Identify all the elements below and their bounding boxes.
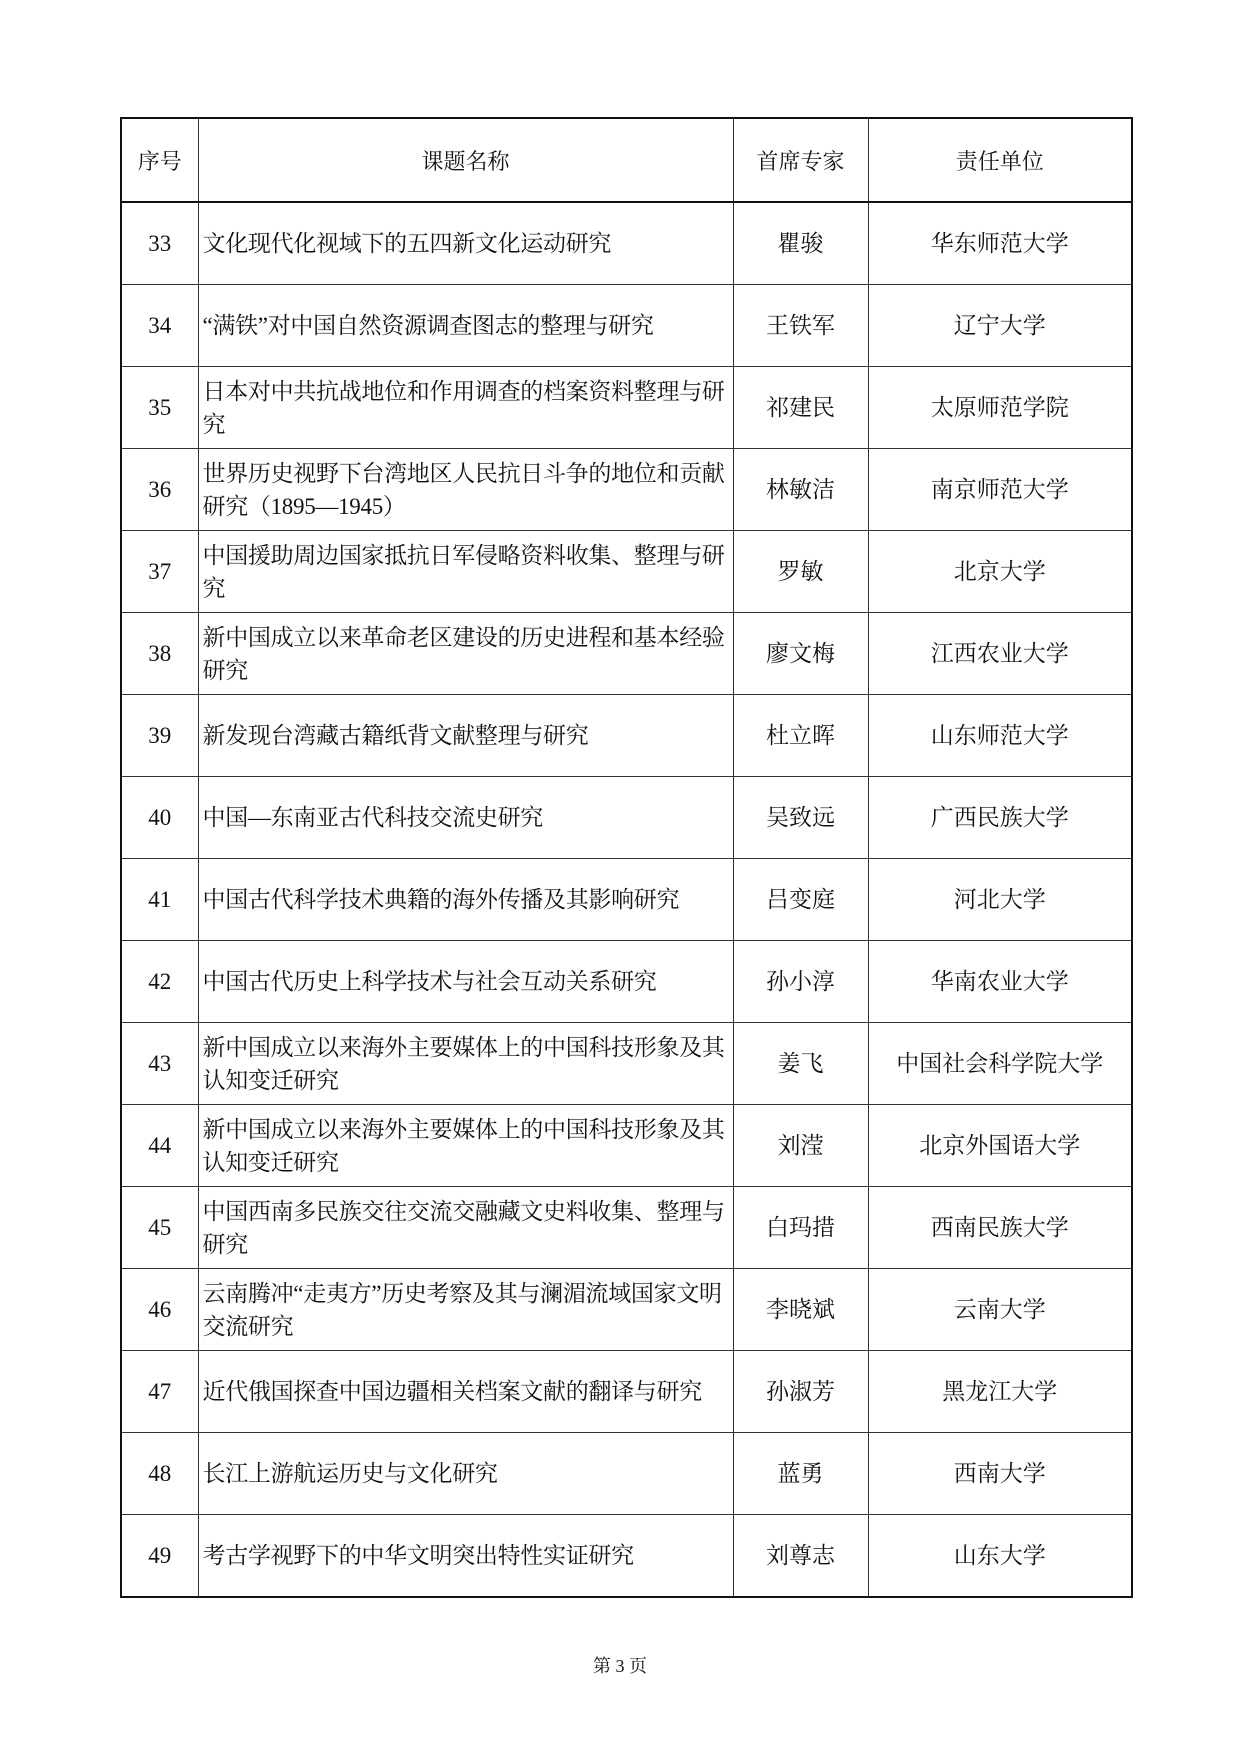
table-row: 36 世界历史视野下台湾地区人民抗日斗争的地位和贡献研究（1895—1945） … — [121, 449, 1132, 531]
responsible-unit: 广西民族大学 — [868, 777, 1132, 859]
serial-number: 33 — [121, 202, 198, 285]
project-title: 新中国成立以来革命老区建设的历史进程和基本经验研究 — [198, 613, 733, 695]
serial-number: 38 — [121, 613, 198, 695]
serial-number: 42 — [121, 941, 198, 1023]
table-row: 49 考古学视野下的中华文明突出特性实证研究 刘尊志 山东大学 — [121, 1515, 1132, 1598]
project-title: 中国西南多民族交往交流交融藏文史料收集、整理与研究 — [198, 1187, 733, 1269]
chief-expert: 瞿骏 — [733, 202, 868, 285]
table-row: 43 新中国成立以来海外主要媒体上的中国科技形象及其认知变迁研究 姜飞 中国社会… — [121, 1023, 1132, 1105]
serial-number: 47 — [121, 1351, 198, 1433]
project-title: 中国—东南亚古代科技交流史研究 — [198, 777, 733, 859]
serial-number: 45 — [121, 1187, 198, 1269]
project-title: 近代俄国探查中国边疆相关档案文献的翻译与研究 — [198, 1351, 733, 1433]
table-row: 46 云南腾冲“走夷方”历史考察及其与澜湄流域国家文明交流研究 李晓斌 云南大学 — [121, 1269, 1132, 1351]
table-row: 48 长江上游航运历史与文化研究 蓝勇 西南大学 — [121, 1433, 1132, 1515]
serial-number: 35 — [121, 367, 198, 449]
project-title: 长江上游航运历史与文化研究 — [198, 1433, 733, 1515]
responsible-unit: 北京外国语大学 — [868, 1105, 1132, 1187]
responsible-unit: 西南民族大学 — [868, 1187, 1132, 1269]
project-title: 中国古代科学技术典籍的海外传播及其影响研究 — [198, 859, 733, 941]
serial-number: 40 — [121, 777, 198, 859]
serial-number: 44 — [121, 1105, 198, 1187]
responsible-unit: 太原师范学院 — [868, 367, 1132, 449]
serial-number: 34 — [121, 285, 198, 367]
table-row: 39 新发现台湾藏古籍纸背文献整理与研究 杜立晖 山东师范大学 — [121, 695, 1132, 777]
chief-expert: 李晓斌 — [733, 1269, 868, 1351]
chief-expert: 吕变庭 — [733, 859, 868, 941]
serial-number: 37 — [121, 531, 198, 613]
chief-expert: 杜立晖 — [733, 695, 868, 777]
header-responsible-unit: 责任单位 — [868, 118, 1132, 202]
project-title: 新中国成立以来海外主要媒体上的中国科技形象及其认知变迁研究 — [198, 1105, 733, 1187]
chief-expert: 刘尊志 — [733, 1515, 868, 1598]
project-title: “满铁”对中国自然资源调查图志的整理与研究 — [198, 285, 733, 367]
responsible-unit: 北京大学 — [868, 531, 1132, 613]
table-row: 44 新中国成立以来海外主要媒体上的中国科技形象及其认知变迁研究 刘滢 北京外国… — [121, 1105, 1132, 1187]
serial-number: 39 — [121, 695, 198, 777]
table-row: 40 中国—东南亚古代科技交流史研究 吴致远 广西民族大学 — [121, 777, 1132, 859]
table-row: 42 中国古代历史上科学技术与社会互动关系研究 孙小淳 华南农业大学 — [121, 941, 1132, 1023]
table-row: 38 新中国成立以来革命老区建设的历史进程和基本经验研究 廖文梅 江西农业大学 — [121, 613, 1132, 695]
chief-expert: 白玛措 — [733, 1187, 868, 1269]
serial-number: 43 — [121, 1023, 198, 1105]
project-title: 考古学视野下的中华文明突出特性实证研究 — [198, 1515, 733, 1598]
chief-expert: 蓝勇 — [733, 1433, 868, 1515]
chief-expert: 孙小淳 — [733, 941, 868, 1023]
responsible-unit: 江西农业大学 — [868, 613, 1132, 695]
chief-expert: 姜飞 — [733, 1023, 868, 1105]
chief-expert: 罗敏 — [733, 531, 868, 613]
header-row: 序号 课题名称 首席专家 责任单位 — [121, 118, 1132, 202]
header-chief-expert: 首席专家 — [733, 118, 868, 202]
chief-expert: 廖文梅 — [733, 613, 868, 695]
chief-expert: 刘滢 — [733, 1105, 868, 1187]
responsible-unit: 南京师范大学 — [868, 449, 1132, 531]
table-body: 33 文化现代化视域下的五四新文化运动研究 瞿骏 华东师范大学 34 “满铁”对… — [121, 202, 1132, 1597]
table-row: 41 中国古代科学技术典籍的海外传播及其影响研究 吕变庭 河北大学 — [121, 859, 1132, 941]
responsible-unit: 云南大学 — [868, 1269, 1132, 1351]
responsible-unit: 山东大学 — [868, 1515, 1132, 1598]
table-row: 35 日本对中共抗战地位和作用调查的档案资料整理与研究 祁建民 太原师范学院 — [121, 367, 1132, 449]
project-table: 序号 课题名称 首席专家 责任单位 33 文化现代化视域下的五四新文化运动研究 … — [120, 117, 1133, 1598]
chief-expert: 祁建民 — [733, 367, 868, 449]
project-title: 新发现台湾藏古籍纸背文献整理与研究 — [198, 695, 733, 777]
serial-number: 36 — [121, 449, 198, 531]
chief-expert: 孙淑芳 — [733, 1351, 868, 1433]
page-number: 第 3 页 — [0, 1652, 1240, 1678]
table-row: 34 “满铁”对中国自然资源调查图志的整理与研究 王铁军 辽宁大学 — [121, 285, 1132, 367]
header-serial-number: 序号 — [121, 118, 198, 202]
responsible-unit: 西南大学 — [868, 1433, 1132, 1515]
serial-number: 48 — [121, 1433, 198, 1515]
project-title: 新中国成立以来海外主要媒体上的中国科技形象及其认知变迁研究 — [198, 1023, 733, 1105]
header-project-title: 课题名称 — [198, 118, 733, 202]
serial-number: 49 — [121, 1515, 198, 1598]
responsible-unit: 山东师范大学 — [868, 695, 1132, 777]
table-row: 45 中国西南多民族交往交流交融藏文史料收集、整理与研究 白玛措 西南民族大学 — [121, 1187, 1132, 1269]
serial-number: 46 — [121, 1269, 198, 1351]
chief-expert: 王铁军 — [733, 285, 868, 367]
responsible-unit: 华南农业大学 — [868, 941, 1132, 1023]
project-title: 文化现代化视域下的五四新文化运动研究 — [198, 202, 733, 285]
responsible-unit: 河北大学 — [868, 859, 1132, 941]
responsible-unit: 辽宁大学 — [868, 285, 1132, 367]
chief-expert: 吴致远 — [733, 777, 868, 859]
table-row: 47 近代俄国探查中国边疆相关档案文献的翻译与研究 孙淑芳 黑龙江大学 — [121, 1351, 1132, 1433]
responsible-unit: 华东师范大学 — [868, 202, 1132, 285]
project-title: 中国古代历史上科学技术与社会互动关系研究 — [198, 941, 733, 1023]
project-title: 世界历史视野下台湾地区人民抗日斗争的地位和贡献研究（1895—1945） — [198, 449, 733, 531]
table-header: 序号 课题名称 首席专家 责任单位 — [121, 118, 1132, 202]
table-row: 33 文化现代化视域下的五四新文化运动研究 瞿骏 华东师范大学 — [121, 202, 1132, 285]
responsible-unit: 黑龙江大学 — [868, 1351, 1132, 1433]
chief-expert: 林敏洁 — [733, 449, 868, 531]
project-title: 日本对中共抗战地位和作用调查的档案资料整理与研究 — [198, 367, 733, 449]
project-title: 云南腾冲“走夷方”历史考察及其与澜湄流域国家文明交流研究 — [198, 1269, 733, 1351]
table-row: 37 中国援助周边国家抵抗日军侵略资料收集、整理与研究 罗敏 北京大学 — [121, 531, 1132, 613]
serial-number: 41 — [121, 859, 198, 941]
project-title: 中国援助周边国家抵抗日军侵略资料收集、整理与研究 — [198, 531, 733, 613]
responsible-unit: 中国社会科学院大学 — [868, 1023, 1132, 1105]
